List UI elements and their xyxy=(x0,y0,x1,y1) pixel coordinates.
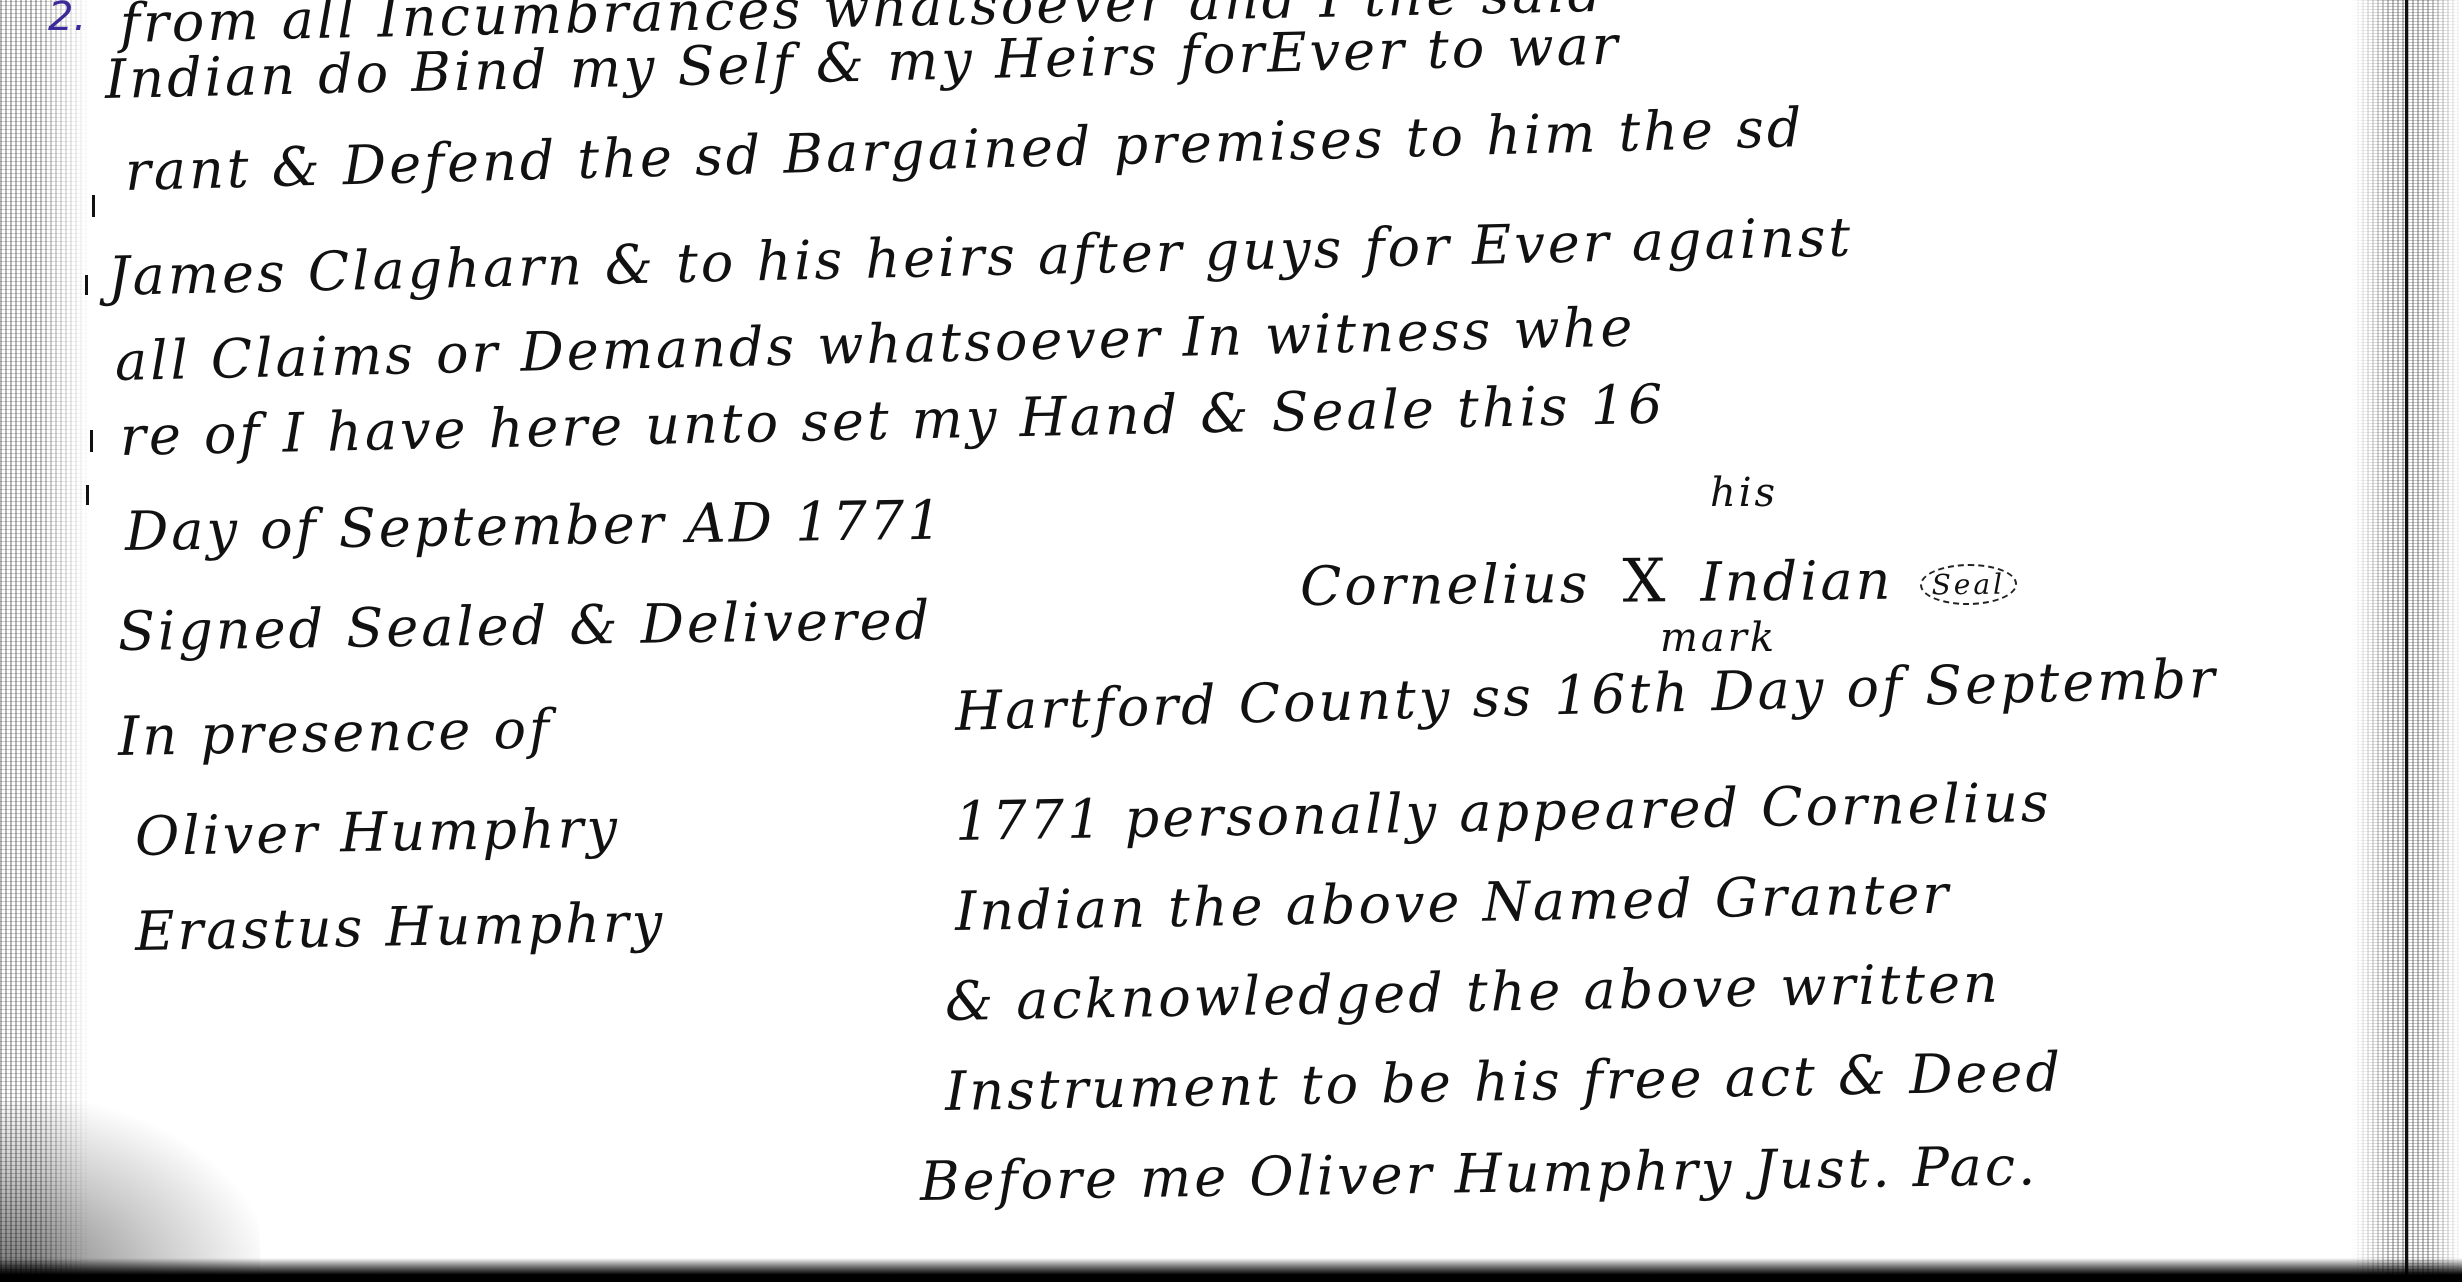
margin-tick xyxy=(86,485,89,505)
signature-mark-x: X xyxy=(1622,546,1668,616)
signature-mark-label: mark xyxy=(1660,615,1777,661)
ack-line-5: Instrument to be his free act & Deed xyxy=(944,1040,2063,1123)
page-number-annotation: 2. xyxy=(48,0,86,40)
signature-line: Cornelius X Indian Seal xyxy=(1300,542,2018,620)
witness-heading: Signed Sealed & Delivered xyxy=(118,589,933,663)
ack-line-4: & acknowledged the above written xyxy=(944,952,2001,1033)
deed-line-4: James Clagharn & to his heirs after guys… xyxy=(107,205,1853,308)
margin-tick xyxy=(85,275,88,295)
scan-noise-left-edge xyxy=(0,0,90,1282)
margin-tick xyxy=(90,430,93,452)
ack-line-1: Hartford County ss 16th Day of Septembr xyxy=(954,647,2218,743)
signature-his-label: his xyxy=(1710,470,1778,516)
ack-line-3: Indian the above Named Granter xyxy=(954,863,1951,943)
seal-stamp: Seal xyxy=(1919,563,2017,605)
page-fold-line xyxy=(2405,0,2408,1282)
ack-line-6-justice: Before me Oliver Humphry Just. Pac. xyxy=(920,1134,2039,1213)
scan-corner-smudge xyxy=(0,1102,260,1282)
ack-line-2: 1771 personally appeared Cornelius xyxy=(954,771,2052,853)
witness-name-1: Oliver Humphry xyxy=(134,797,620,868)
witness-in-presence: In presence of xyxy=(117,697,552,768)
scanned-deed-page: 2. from all Incumbrances whatsoever and … xyxy=(0,0,2462,1282)
deed-line-7-date: Day of September AD 1771 xyxy=(125,489,945,563)
signature-first-name: Cornelius xyxy=(1300,552,1591,618)
witness-name-2: Erastus Humphry xyxy=(134,891,665,963)
margin-tick xyxy=(92,195,95,217)
signature-last-name: Indian xyxy=(1700,549,1894,614)
deed-line-3: rant & Defend the sd Bargained premises … xyxy=(124,96,1805,203)
scan-bottom-edge xyxy=(0,1258,2462,1282)
